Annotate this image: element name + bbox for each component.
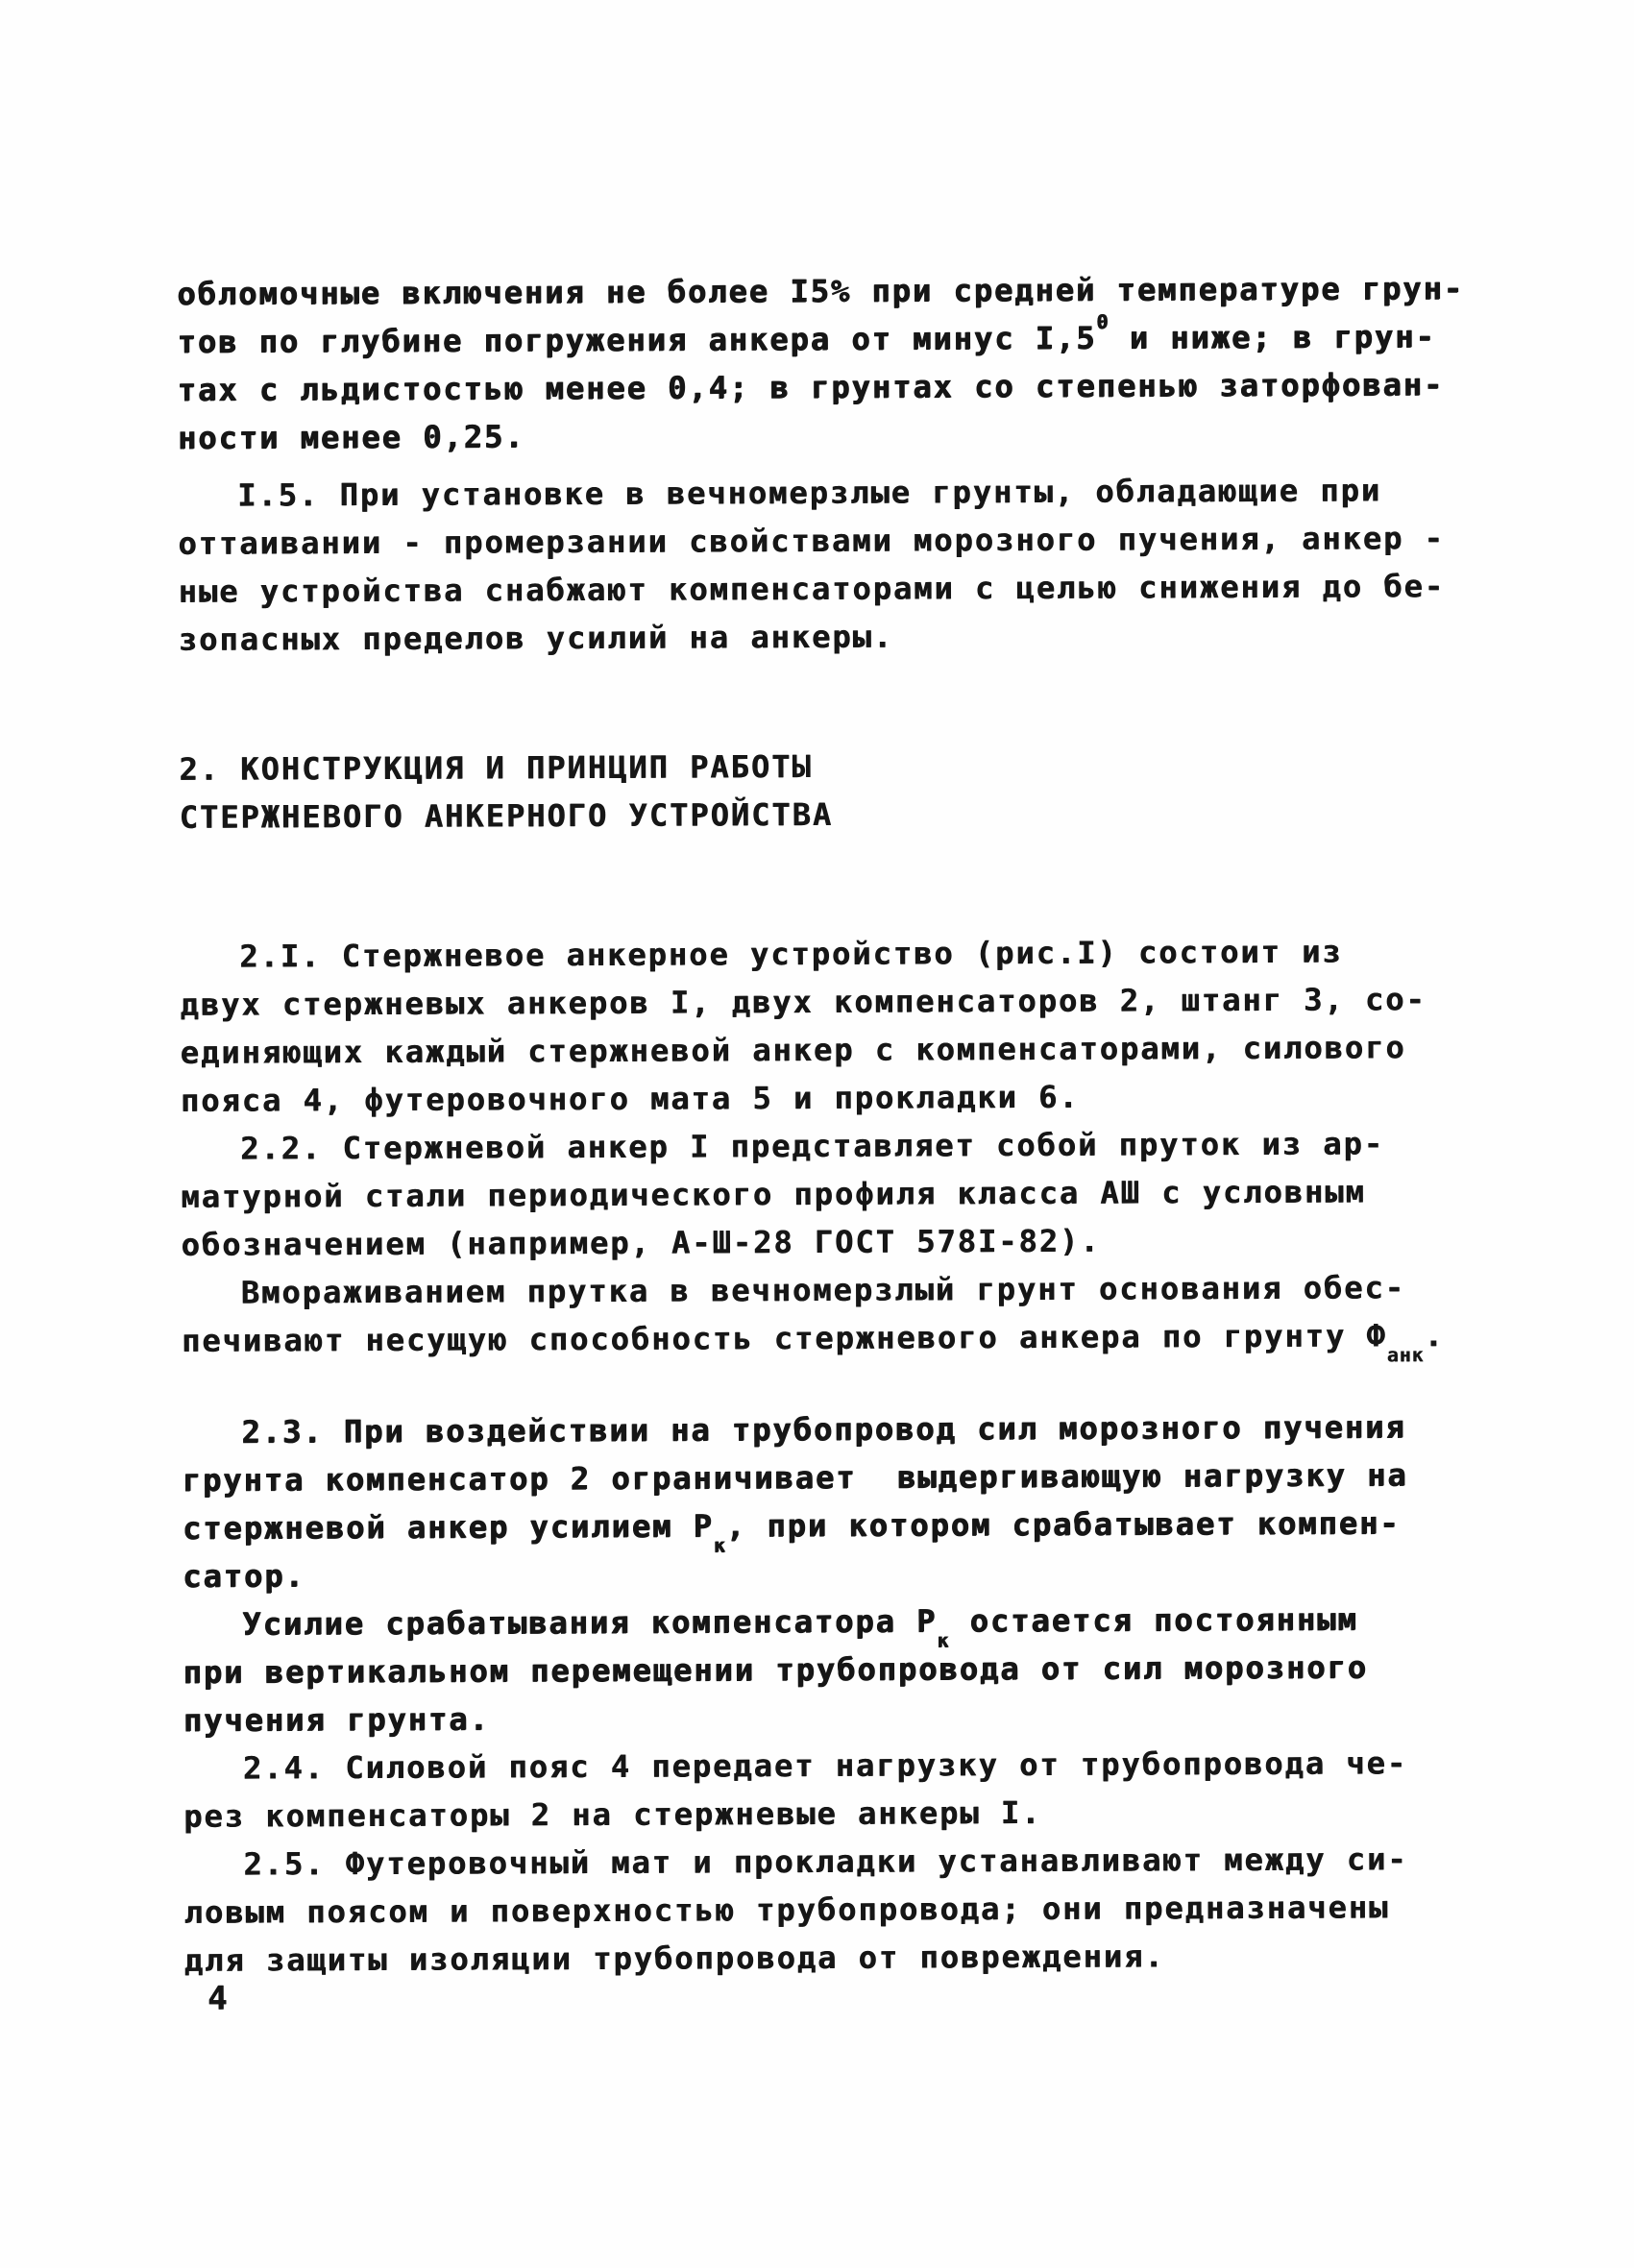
text-segment: 2.5. Футеровочный мат и прокладки устана… [243, 1841, 1407, 1882]
text-block: обломочные включения не более I5% при ср… [177, 264, 1529, 1985]
text-line: 2.I. Стержневое анкерное устройство (рис… [180, 927, 1524, 981]
text-line: сатор. [183, 1547, 1527, 1600]
text-segment: I.5. При установке в вечномерзлые грунты… [237, 472, 1381, 513]
text-line: при вертикальном перемещении трубопровод… [183, 1643, 1527, 1696]
text-segment: обозначением (например, А-Ш-28 ГОСТ 578I… [181, 1223, 1100, 1263]
section-2-heading: 2. КОНСТРУКЦИЯ И ПРИНЦИП РАБОТЫСТЕРЖНЕВО… [179, 740, 1524, 841]
text-line: Усилие срабатывания компенсатора Рк оста… [183, 1595, 1527, 1648]
para-1-5: I.5. При установке в вечномерзлые грунты… [178, 466, 1524, 664]
text-segment: ловым поясом и поверхностью трубопровода… [183, 1889, 1389, 1930]
text-segment: . [1424, 1317, 1444, 1353]
text-line: печивают несущую способность стержневого… [182, 1311, 1526, 1365]
text-line: матурной стали периодического профиля кл… [181, 1167, 1525, 1221]
text-line: обозначением (например, А-Ш-28 ГОСТ 578I… [181, 1215, 1525, 1269]
superscript: 0 [1096, 311, 1109, 333]
text-segment: оттаивании - промерзании свойствами моро… [178, 520, 1445, 562]
para-2-5: 2.5. Футеровочный мат и прокладки устана… [183, 1835, 1529, 1985]
text-segment: , при котором срабатывает компен- [726, 1504, 1401, 1544]
text-line: 2.4. Силовой пояс 4 передает нагрузку от… [183, 1739, 1528, 1792]
text-line: тов по глубине погружения анкера от мину… [177, 312, 1522, 366]
text-segment: ные устройства снабжают компенсаторами с… [178, 568, 1445, 610]
para-trigger-force: Усилие срабатывания компенсатора Рк оста… [183, 1595, 1528, 1744]
text-segment: 2.I. Стержневое анкерное устройство (рис… [239, 934, 1342, 975]
text-line: 2.2. Стержневой анкер I представляет соб… [181, 1119, 1525, 1173]
text-segment: стержневой анкер усилием Р [183, 1507, 714, 1546]
document-page: обломочные включения не более I5% при ср… [0, 0, 1634, 2268]
text-line: обломочные включения не более I5% при ср… [177, 264, 1522, 318]
text-segment: печивают несущую способность стержневого… [182, 1317, 1387, 1358]
text-segment: 2.2. Стержневой анкер I представляет соб… [240, 1125, 1384, 1166]
text-segment: грунта компенсатор 2 ограничивает выдерг… [182, 1456, 1407, 1499]
text-line: тах с льдистостью менее 0,4; в грунтах с… [178, 360, 1523, 414]
text-line: оттаивании - промерзании свойствами моро… [178, 514, 1523, 568]
text-segment: остается постоянным [949, 1601, 1357, 1640]
text-line: ные устройства снабжают компенсаторами с… [178, 562, 1523, 616]
text-line: для защиты изоляции трубопровода от повр… [184, 1931, 1529, 1985]
subscript: анк [1387, 1344, 1425, 1366]
text-segment: зопасных пределов усилий на анкеры. [179, 619, 893, 658]
text-line: ловым поясом и поверхностью трубопровода… [183, 1883, 1528, 1937]
text-segment: 2.3. При воздействии на трубопровод сил … [241, 1408, 1405, 1450]
para-2-3: 2.3. При воздействии на трубопровод сил … [182, 1402, 1527, 1600]
text-segment: Усилие срабатывания компенсатора Р [242, 1602, 937, 1642]
text-segment: тов по глубине погружения анкера от мину… [177, 320, 1096, 360]
text-segment: и ниже; в грун- [1109, 318, 1435, 355]
text-line: 2.5. Футеровочный мат и прокладки устана… [183, 1835, 1528, 1889]
subscript: к [937, 1629, 949, 1651]
text-line: стержневой анкер усилием Рк, при котором… [183, 1499, 1527, 1552]
text-line: рез компенсаторы 2 на стержневые анкеры … [183, 1787, 1528, 1841]
para-2-4: 2.4. Силовой пояс 4 передает нагрузку от… [183, 1739, 1528, 1841]
text-segment: Вмораживанием прутка в вечномерзлый грун… [241, 1269, 1405, 1310]
text-line: ности менее 0,25. [178, 408, 1523, 462]
text-line: пучения грунта. [183, 1691, 1528, 1744]
page-number: 4 [207, 1980, 228, 2018]
text-segment: пояса 4, футеровочного мата 5 и прокладк… [181, 1079, 1080, 1119]
text-segment: СТЕРЖНЕВОГО АНКЕРНОГО УСТРОЙСТВА [179, 796, 833, 836]
para-frost-anchor: Вмораживанием прутка в вечномерзлый грун… [182, 1263, 1526, 1365]
subscript: к [714, 1534, 726, 1556]
text-segment: матурной стали периодического профиля кл… [181, 1174, 1366, 1215]
text-segment: 2.4. Силовой пояс 4 передает нагрузку от… [243, 1744, 1407, 1786]
text-line: зопасных пределов усилий на анкеры. [179, 610, 1524, 664]
text-segment: при вертикальном перемещении трубопровод… [183, 1649, 1368, 1691]
text-line: единяющих каждый стержневой анкер с комп… [181, 1023, 1525, 1077]
para-2-2: 2.2. Стержневой анкер I представляет соб… [181, 1119, 1526, 1269]
text-line: СТЕРЖНЕВОГО АНКЕРНОГО УСТРОЙСТВА [179, 788, 1524, 841]
text-segment: пучения грунта. [183, 1700, 490, 1738]
text-line: 2. КОНСТРУКЦИЯ И ПРИНЦИП РАБОТЫ [179, 740, 1524, 793]
text-segment: единяющих каждый стержневой анкер с комп… [181, 1029, 1406, 1071]
text-line: пояса 4, футеровочного мата 5 и прокладк… [181, 1071, 1525, 1125]
text-segment: ности менее 0,25. [178, 418, 525, 456]
text-segment: для защиты изоляции трубопровода от повр… [184, 1938, 1165, 1978]
text-segment: обломочные включения не более I5% при ср… [177, 270, 1464, 312]
text-segment: двух стержневых анкеров I, двух компенса… [180, 981, 1426, 1023]
text-segment: рез компенсаторы 2 на стержневые анкеры … [183, 1794, 1041, 1835]
text-line: I.5. При установке в вечномерзлые грунты… [178, 466, 1523, 520]
intro-continued: обломочные включения не более I5% при ср… [177, 264, 1523, 462]
text-segment: 2. КОНСТРУКЦИЯ И ПРИНЦИП РАБОТЫ [179, 748, 812, 788]
para-2-1: 2.I. Стержневое анкерное устройство (рис… [180, 927, 1525, 1125]
text-line: Вмораживанием прутка в вечномерзлый грун… [182, 1263, 1526, 1317]
text-line: 2.3. При воздействии на трубопровод сил … [182, 1402, 1526, 1456]
text-segment: сатор. [183, 1557, 305, 1595]
text-segment: тах с льдистостью менее 0,4; в грунтах с… [178, 366, 1445, 408]
text-line: двух стержневых анкеров I, двух компенса… [180, 975, 1524, 1029]
text-line: грунта компенсатор 2 ограничивает выдерг… [182, 1451, 1526, 1504]
